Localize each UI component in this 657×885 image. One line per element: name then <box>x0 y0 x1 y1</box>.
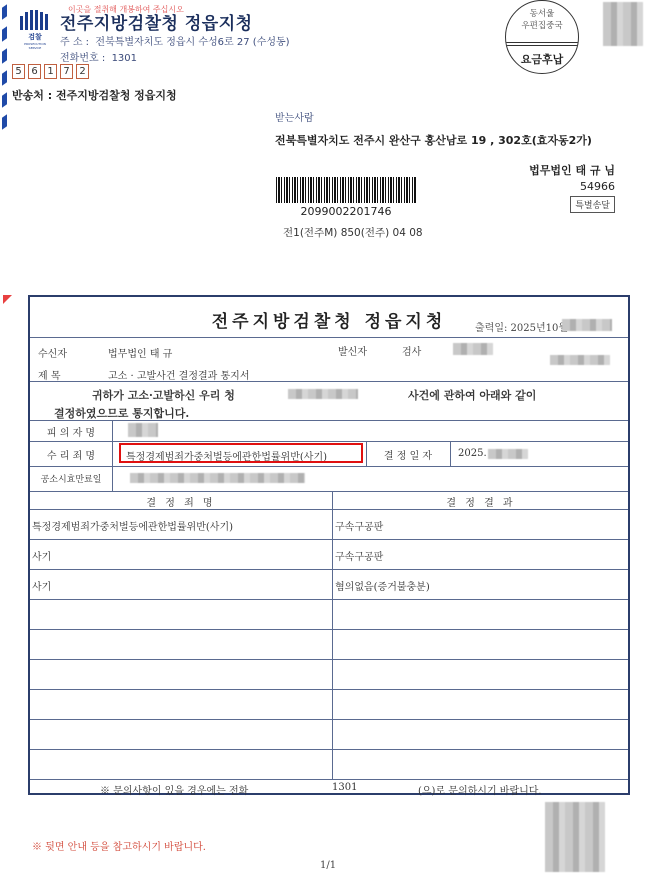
route-code: 전1(전주M) 850(전주) 04 08 <box>283 225 423 240</box>
decision-date-label: 결 정 일 자 <box>366 447 450 462</box>
suspect-label: 피 의 자 명 <box>30 424 112 439</box>
table-row-charge: 사기 <box>32 578 51 593</box>
redacted-decision-date <box>488 449 528 459</box>
decision-notice-form: 전주지방검찰청 정읍지청 출력일: 2025년10월 수신자 법무법인 태 규 … <box>28 295 630 795</box>
postage-stamp: 동서울 우편집중국 요금후납 <box>505 0 579 74</box>
redacted-suspect <box>128 423 158 437</box>
subject-field-value: 고소 · 고발사건 결정결과 통지서 <box>108 367 249 382</box>
redacted-printed-date <box>562 319 612 331</box>
barcode-icon <box>276 177 416 203</box>
sender-address: 주 소 : 전북특별자치도 정읍시 수성6로 27 (수성동) <box>60 33 290 48</box>
table-row-charge: 특정경제범죄가중처벌등에관한법률위반(사기) <box>32 518 233 533</box>
redacted-qr-bottom <box>545 802 605 872</box>
recipient-name: 법무법인 태 규 님 <box>529 162 615 178</box>
decision-date-value: 2025. <box>458 448 487 459</box>
notice-line2: 결정하였으므로 통지합니다. <box>54 405 189 421</box>
charge-label: 수 리 죄 명 <box>30 447 112 462</box>
sender-phone: 전화번호 : 1301 <box>60 49 137 64</box>
return-address: 반송처 : 전주지방검찰청 정읍지청 <box>12 87 177 103</box>
sender-field-value: 검사 <box>402 343 421 358</box>
inquiry-suffix: (으)로 문의하시기 바랍니다. <box>418 782 542 797</box>
sender-zip-boxes: 5 6 1 7 2 <box>12 64 89 79</box>
page-number: 1/1 <box>320 860 336 871</box>
table-header-result: 결 정 결 과 <box>332 494 630 509</box>
printed-date: 출력일: 2025년10월 <box>475 319 568 334</box>
inquiry-prefix: ※ 문의사항이 있을 경우에는 전화 <box>100 782 248 797</box>
redacted-case-number <box>288 389 358 399</box>
sender-field-label: 발신자 <box>338 343 367 358</box>
subject-field-label: 제 목 <box>38 367 61 382</box>
charge-highlight-box <box>119 443 363 463</box>
redacted-prosecutor <box>453 343 493 355</box>
recipient-field-value: 법무법인 태 규 <box>108 345 172 360</box>
table-header-charge: 결 정 죄 명 <box>30 494 332 509</box>
redacted-qr-top <box>603 2 643 46</box>
delivery-type-badge: 특별송달 <box>570 196 615 213</box>
statute-label: 공소시효만료일 <box>30 472 112 485</box>
table-row-result: 구속구공판 <box>335 548 383 563</box>
footer-note: ※ 뒷면 안내 등을 참고하시기 바랍니다. <box>32 838 206 853</box>
inquiry-phone: 1301 <box>332 782 357 793</box>
notice-line1: 귀하가 고소·고발하신 우리 청 <box>92 387 235 403</box>
redacted-statute-date <box>130 473 305 483</box>
recipient-field-label: 수신자 <box>38 345 67 360</box>
notice-line1-end: 사건에 관하여 아래와 같이 <box>408 387 536 403</box>
barcode-number: 2099002201746 <box>276 205 416 218</box>
sender-title: 전주지방검찰청 정읍지청 <box>60 9 253 34</box>
table-row-charge: 사기 <box>32 548 51 563</box>
table-row-result: 혐의없음(증거불충분) <box>335 578 430 593</box>
recipient-address: 전북특별자치도 전주시 완산구 홍산남로 19 , 302호(효자동2가) <box>275 132 592 148</box>
redacted-prosecutor-2 <box>550 355 610 365</box>
corner-marker-icon <box>3 295 12 304</box>
recipient-label: 받는사람 <box>275 109 314 124</box>
recipient-zip: 54966 <box>580 180 615 193</box>
table-row-result: 구속구공판 <box>335 518 383 533</box>
prosecution-logo-icon: 검찰 PROSECUTION SERVICE <box>20 10 50 40</box>
